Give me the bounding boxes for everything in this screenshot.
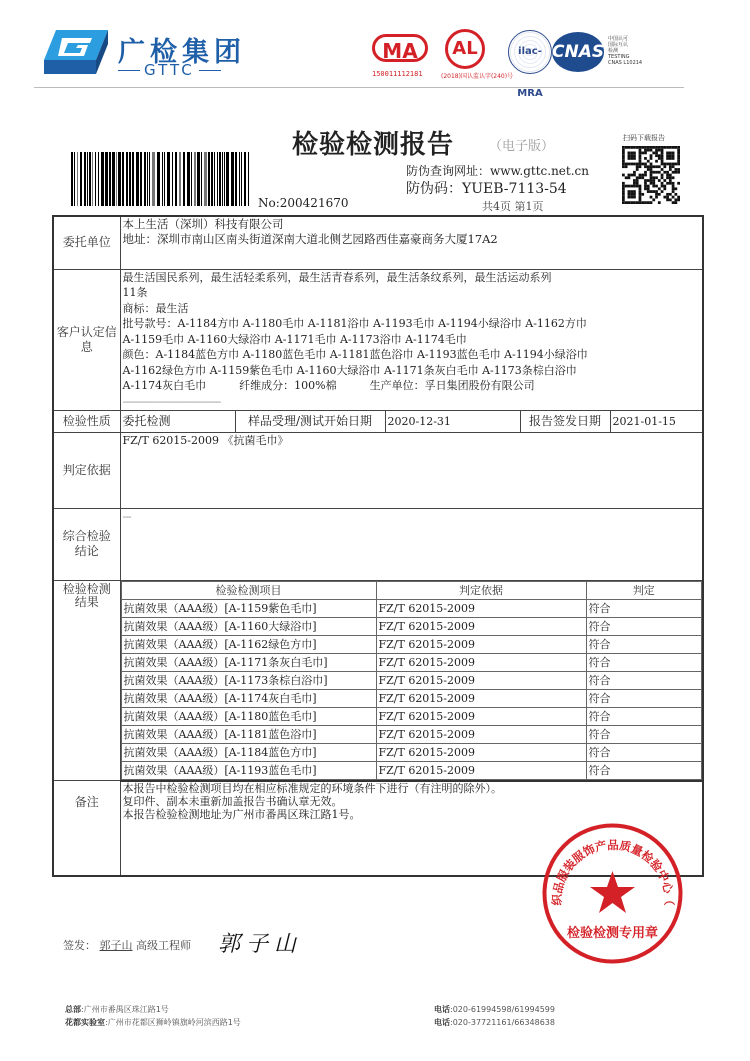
result-item: 抗菌效果（AAA级）[A-1184蓝色方巾] — [121, 743, 376, 761]
qr-label: 扫码下载报告 — [623, 133, 665, 143]
nature-label: 检验性质 — [53, 410, 120, 432]
info-line: 商标：最生活 — [123, 301, 701, 317]
cnas-icon: CNAS — [552, 32, 604, 72]
page-counter: 共4页 第1页 — [482, 198, 544, 214]
footer-hq: 总部:广州市番禺区珠江路1号 — [65, 1004, 169, 1015]
info-line: 最生活国民系列，最生活轻柔系列，最生活青春系列，最生活条纹系列，最生活运动系列 — [123, 270, 701, 286]
cma-cert-icon: MA — [372, 34, 428, 62]
footer-lab: 花都实验室:广州市花都区狮岭镇旗岭河滨西路1号 — [65, 1017, 241, 1028]
lab-label: 花都实验室 — [65, 1018, 105, 1027]
results-table: 检验检测项目 判定依据 判定 抗菌效果（AAA级）[A-1159紫色毛巾]FZ/… — [121, 581, 703, 780]
inspection-row: 检验性质 委托检测 样品受理/测试开始日期 2020-12-31 报告签发日期 … — [53, 410, 703, 432]
result-verdict: 符合 — [586, 761, 702, 779]
info-line: A-1159毛巾 A-1160大绿浴巾 A-1171毛巾 A-1173浴巾 A-… — [123, 332, 701, 348]
result-basis: FZ/T 62015-2009 — [376, 617, 586, 635]
result-basis: FZ/T 62015-2009 — [376, 689, 586, 707]
brand-name-en: GTTC — [144, 61, 195, 79]
result-basis: FZ/T 62015-2009 — [376, 743, 586, 761]
signoff-label: 签发： — [63, 939, 96, 952]
hq-phone: :020-61994598/61994599 — [450, 1005, 555, 1014]
table-row: 抗菌效果（AAA级）[A-1181蓝色浴巾]FZ/T 62015-2009符合 — [121, 725, 702, 743]
result-verdict: 符合 — [586, 743, 702, 761]
customer-info-label-text: 客户认定信息 — [57, 325, 117, 354]
result-verdict: 符合 — [586, 599, 702, 617]
client-label: 委托单位 — [53, 216, 120, 269]
footer-hq-phone: 电话:020-61994598/61994599 — [434, 1004, 555, 1015]
signer-name: 郭子山 — [100, 939, 133, 952]
report-table: 委托单位 本上生活（深圳）科技有限公司 地址：深圳市南山区南头街道深南大道北侧艺… — [52, 215, 702, 877]
table-row: 抗菌效果（AAA级）[A-1184蓝色方巾]FZ/T 62015-2009符合 — [121, 743, 702, 761]
result-basis: FZ/T 62015-2009 — [376, 671, 586, 689]
conclusion-row: 综合检验结论 --- — [53, 508, 703, 580]
table-row: 抗菌效果（AAA级）[A-1180蓝色毛巾]FZ/T 62015-2009符合 — [121, 707, 702, 725]
separator: ------------------------------------ — [123, 394, 701, 410]
remark-line: 本报告中检验检测项目均在相应标准规定的环境条件下进行（有注明的除外）。 — [123, 782, 701, 795]
seal-center-text: 检验检测专用章 — [567, 925, 658, 941]
divider — [118, 70, 140, 71]
divider — [199, 70, 221, 71]
conclusion-value: --- — [120, 508, 703, 580]
hq-address: :广州市番禺区珠江路1号 — [81, 1005, 169, 1014]
brand-name-en-row: GTTC — [118, 61, 221, 79]
issue-date-label: 报告签发日期 — [520, 410, 610, 432]
results-row: 检验检测结果 检验检测项目 判定依据 判定 抗菌效果（AAA级）[A-1159紫… — [53, 580, 703, 781]
signer-title: 高级工程师 — [136, 939, 191, 952]
results-label-text: 检验检测结果 — [63, 582, 111, 609]
info-line: 颜色：A-1184蓝色方巾 A-1180蓝色毛巾 A-1181蓝色浴巾 A-11… — [123, 347, 701, 363]
result-basis: FZ/T 62015-2009 — [376, 653, 586, 671]
result-verdict: 符合 — [586, 689, 702, 707]
result-verdict: 符合 — [586, 707, 702, 725]
results-header: 检验检测项目 判定依据 判定 — [121, 581, 702, 599]
result-basis: FZ/T 62015-2009 — [376, 761, 586, 779]
start-date-label: 样品受理/测试开始日期 — [235, 410, 385, 432]
result-item: 抗菌效果（AAA级）[A-1181蓝色浴巾] — [121, 725, 376, 743]
result-basis: FZ/T 62015-2009 — [376, 725, 586, 743]
nature-value: 委托检测 — [120, 410, 235, 432]
result-item: 抗菌效果（AAA级）[A-1171条灰白毛巾] — [121, 653, 376, 671]
footer-lab-phone: 电话:020-37721161/66348638 — [434, 1017, 555, 1028]
conclusion-label-text: 综合检验结论 — [63, 529, 111, 558]
result-verdict: 符合 — [586, 725, 702, 743]
result-basis: FZ/T 62015-2009 — [376, 599, 586, 617]
cal-cert-icon: AL — [445, 29, 485, 69]
result-item: 抗菌效果（AAA级）[A-1159紫色毛巾] — [121, 599, 376, 617]
lab-address: :广州市花都区狮岭镇旗岭河滨西路1号 — [105, 1018, 241, 1027]
table-row: 抗菌效果（AAA级）[A-1174灰白毛巾]FZ/T 62015-2009符合 — [121, 689, 702, 707]
client-row: 委托单位 本上生活（深圳）科技有限公司 地址：深圳市南山区南头街道深南大道北侧艺… — [53, 216, 703, 269]
remark-line: 本报告检验检测地址为广州市番禺区珠江路1号。 — [123, 808, 701, 821]
result-verdict: 符合 — [586, 653, 702, 671]
col-header-basis: 判定依据 — [376, 581, 586, 599]
result-item: 抗菌效果（AAA级）[A-1173条棕白浴巾] — [121, 671, 376, 689]
cal-cert-number: (2018)国认监认字(240)号 — [441, 71, 513, 80]
table-row: 抗菌效果（AAA级）[A-1162绿色方巾]FZ/T 62015-2009符合 — [121, 635, 702, 653]
issue-date-value: 2021-01-15 — [610, 410, 703, 432]
report-title: 检验检测报告 — [292, 124, 454, 161]
table-row: 抗菌效果（AAA级）[A-1160大绿浴巾]FZ/T 62015-2009符合 — [121, 617, 702, 635]
remarks-label: 备注 — [53, 781, 120, 876]
signoff: 签发： 郭子山 高级工程师 — [63, 937, 191, 953]
table-row: 抗菌效果（AAA级）[A-1173条棕白浴巾]FZ/T 62015-2009符合 — [121, 671, 702, 689]
result-verdict: 符合 — [586, 617, 702, 635]
basis-row: 判定依据 FZ/T 62015-2009 《抗菌毛巾》 — [53, 432, 703, 508]
lab-phone: :020-37721161/66348638 — [450, 1018, 555, 1027]
result-item: 抗菌效果（AAA级）[A-1162绿色方巾] — [121, 635, 376, 653]
result-item: 抗菌效果（AAA级）[A-1174灰白毛巾] — [121, 689, 376, 707]
customer-info-label: 客户认定信息 — [53, 269, 120, 410]
header-divider — [339, 87, 684, 88]
client-address: 地址：深圳市南山区南头街道深南大道北侧艺园路西佳嘉豪商务大厦17A2 — [123, 232, 701, 247]
conclusion-label: 综合检验结论 — [53, 508, 120, 580]
hq-label: 总部 — [65, 1005, 81, 1014]
qr-code-icon[interactable] — [622, 146, 680, 204]
gttc-logo-icon — [42, 28, 110, 76]
info-line: 11条 — [123, 285, 701, 301]
handwritten-signature: 郭子山 — [218, 927, 302, 958]
basis-value: FZ/T 62015-2009 《抗菌毛巾》 — [120, 432, 703, 508]
query-url[interactable]: 防伪查询网址：www.gttc.net.cn — [406, 162, 589, 179]
result-basis: FZ/T 62015-2009 — [376, 635, 586, 653]
table-row: 抗菌效果（AAA级）[A-1171条灰白毛巾]FZ/T 62015-2009符合 — [121, 653, 702, 671]
cnas-caption-line: CNAS L10214 — [608, 60, 642, 66]
cma-cert-number: 150011112181 — [372, 70, 423, 78]
result-item: 抗菌效果（AAA级）[A-1180蓝色毛巾] — [121, 707, 376, 725]
ilac-mra-icon: ilac-MRA — [508, 30, 552, 74]
client-name: 本上生活（深圳）科技有限公司 — [123, 217, 701, 232]
barcode-icon — [71, 152, 249, 206]
edition-label: （电子版） — [489, 135, 554, 154]
basis-label: 判定依据 — [53, 432, 120, 508]
result-item: 抗菌效果（AAA级）[A-1160大绿浴巾] — [121, 617, 376, 635]
anti-fake-code: 防伪码：YUEB-7113-54 — [406, 178, 567, 198]
result-basis: FZ/T 62015-2009 — [376, 707, 586, 725]
start-date-value: 2020-12-31 — [385, 410, 520, 432]
header-divider — [34, 87, 339, 88]
info-line: A-1174灰白毛巾 纤维成分：100%棉 生产单位：孚日集团股份有限公司 — [123, 378, 701, 394]
cnas-caption: 中国认可 国际互认 检测 TESTING CNAS L10214 — [608, 36, 642, 66]
col-header-item: 检验检测项目 — [121, 581, 376, 599]
official-seal-icon: 国家纺织品服装服饰产品质量检验中心（广州） 检验检测专用章 — [540, 821, 685, 966]
info-line: A-1162绿色方巾 A-1159紫色毛巾 A-1160大绿浴巾 A-1171条… — [123, 363, 701, 379]
tel-label: 电话 — [434, 1005, 450, 1014]
customer-info-row: 客户认定信息 最生活国民系列，最生活轻柔系列，最生活青春系列，最生活条纹系列，最… — [53, 269, 703, 410]
result-item: 抗菌效果（AAA级）[A-1193蓝色毛巾] — [121, 761, 376, 779]
tel-label: 电话 — [434, 1018, 450, 1027]
remark-line: 复印件、副本未重新加盖报告书确认章无效。 — [123, 795, 701, 808]
col-header-verdict: 判定 — [586, 581, 702, 599]
results-label: 检验检测结果 — [53, 580, 120, 781]
result-verdict: 符合 — [586, 671, 702, 689]
result-verdict: 符合 — [586, 635, 702, 653]
table-row: 抗菌效果（AAA级）[A-1159紫色毛巾]FZ/T 62015-2009符合 — [121, 599, 702, 617]
report-number: No:200421670 — [258, 196, 348, 210]
info-line: 批号款号：A-1184方巾 A-1180毛巾 A-1181浴巾 A-1193毛巾… — [123, 316, 701, 332]
table-row: 抗菌效果（AAA级）[A-1193蓝色毛巾]FZ/T 62015-2009符合 — [121, 761, 702, 779]
